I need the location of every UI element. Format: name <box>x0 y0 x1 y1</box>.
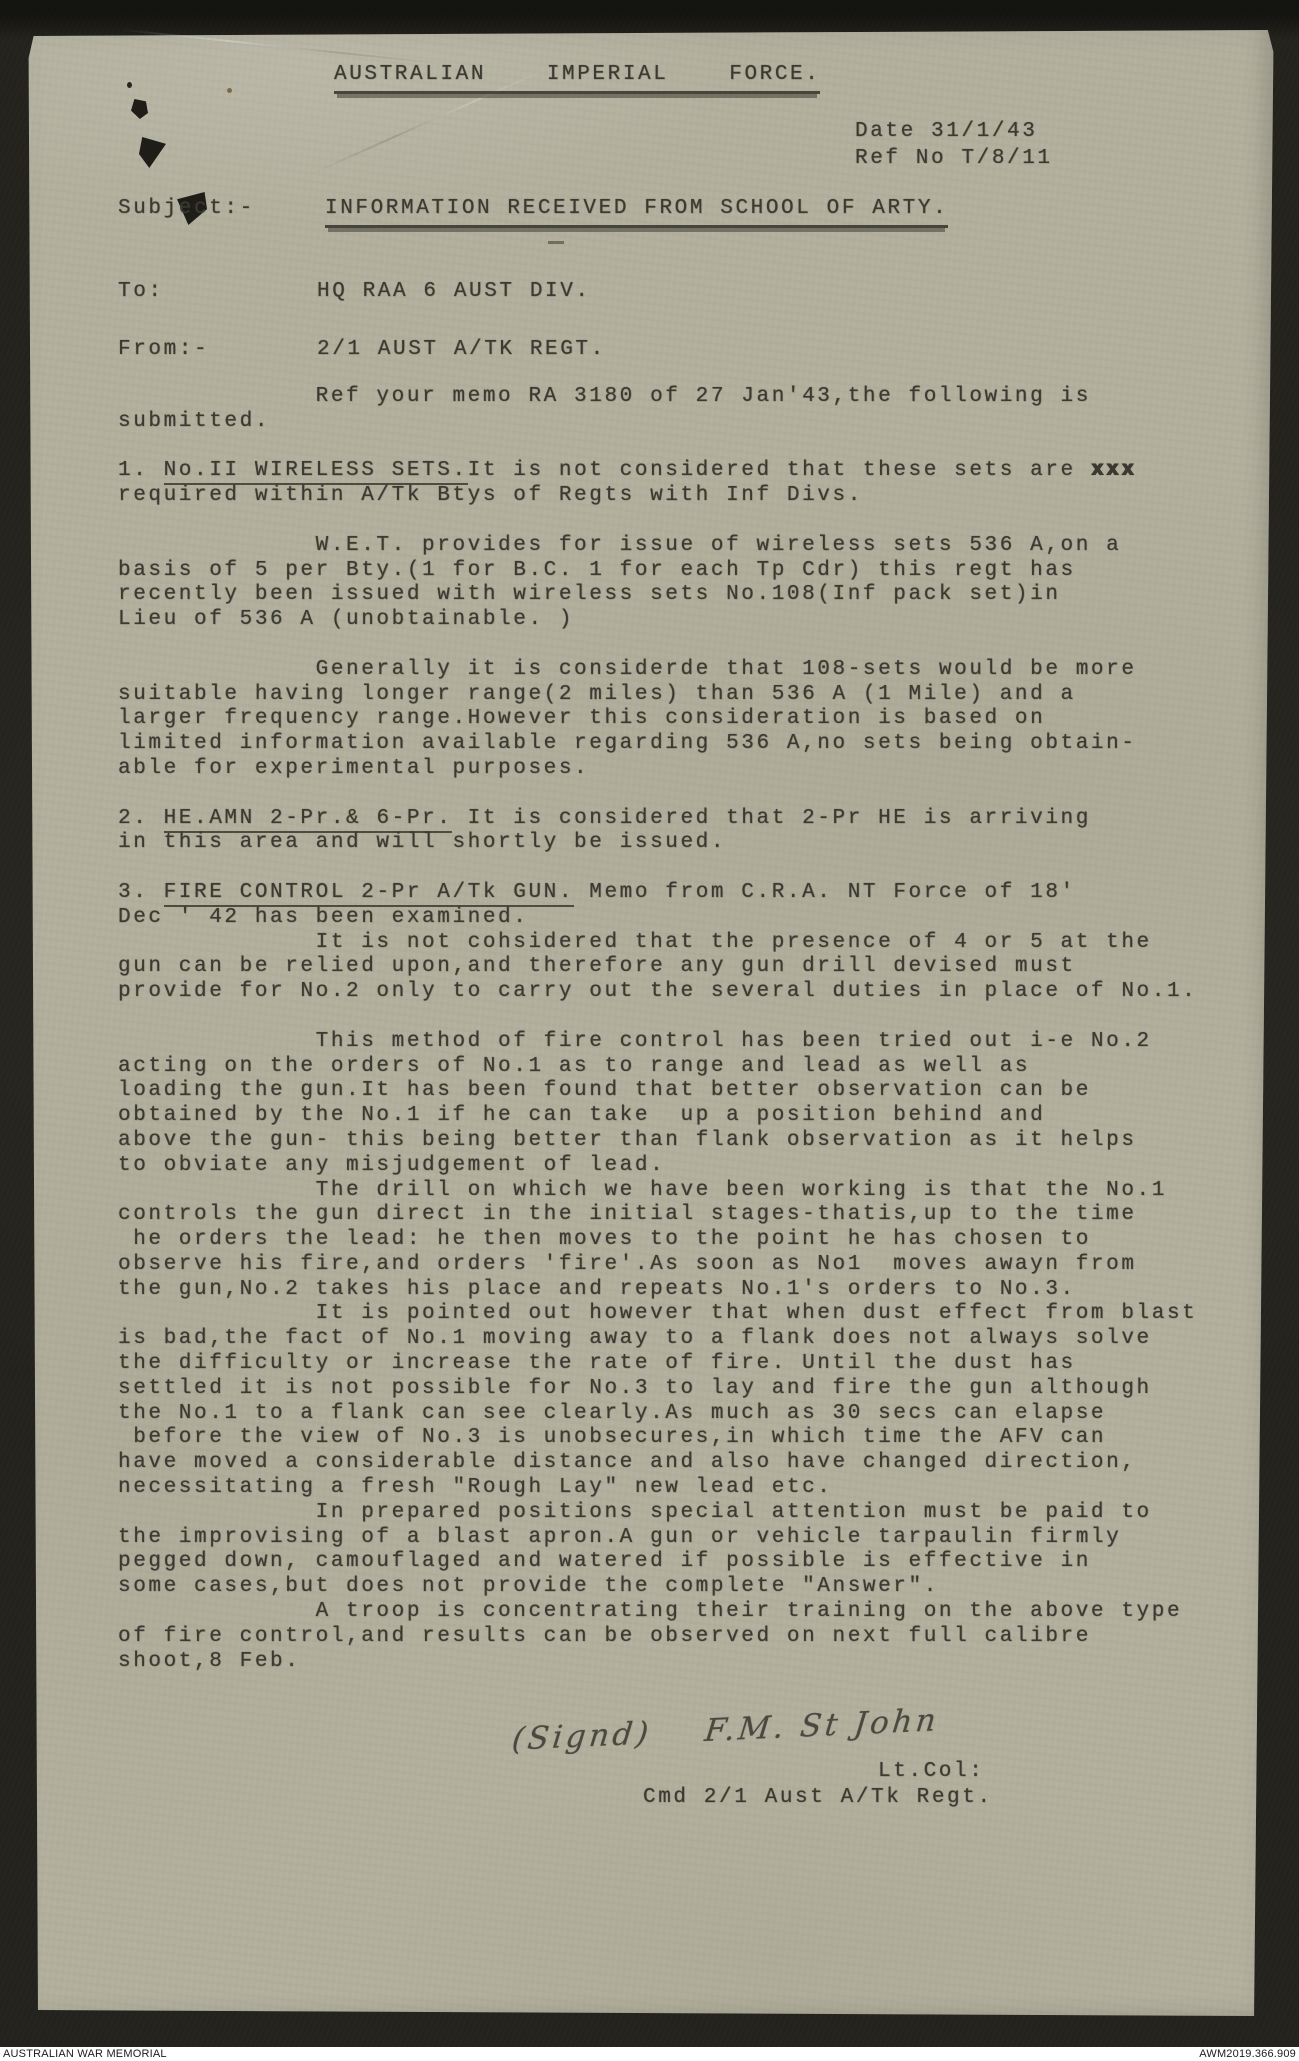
ink-speck <box>127 82 132 88</box>
from-value: 2/1 AUST A/TK REGT. <box>317 338 606 363</box>
force-title: AUSTRALIAN IMPERIAL FORCE. <box>334 63 820 94</box>
archive-footer: AUSTRALIAN WAR MEMORIAL AWM2019.366.909 <box>0 2047 1299 2061</box>
subject-text: INFORMATION RECEIVED FROM SCHOOL OF ARTY… <box>325 197 948 228</box>
from-label: From:- <box>118 338 209 363</box>
date-line: Date 31/1/43 <box>855 120 1037 145</box>
signature-unit: Cmd 2/1 Aust A/Tk Regt. <box>643 1786 993 1811</box>
ref-number-line: Ref No T/8/11 <box>855 147 1053 172</box>
scanned-memo-page: AUSTRALIAN IMPERIAL FORCE. Date 31/1/43 … <box>0 0 1299 2061</box>
body-seg-3: required within A/Tk Btys of Regts with … <box>118 484 1137 829</box>
subject-label: Subject:- <box>118 197 255 222</box>
body-seg-2: It is not considered that these sets are <box>468 459 1091 482</box>
archive-institution: AUSTRALIAN WAR MEMORIAL <box>3 2048 167 2060</box>
overstrike-text: xxx <box>1091 459 1137 482</box>
heading-he-amn: HE.AMN 2-Pr.& 6-Pr. <box>164 807 453 833</box>
to-value: HQ RAA 6 AUST DIV. <box>317 280 591 305</box>
rust-speck <box>227 88 232 93</box>
heading-fire-control: FIRE CONTROL 2-Pr A/Tk GUN. <box>164 881 574 907</box>
body-seg-5: Memo from C.R.A. NT Force of 18' Dec ' 4… <box>118 881 1197 1673</box>
heading-wireless-sets: No.II WIRELESS SETS. <box>164 459 468 485</box>
to-label: To: <box>118 280 164 305</box>
memo-body: Ref your memo RA 3180 of 27 Jan'43,the f… <box>118 385 1197 1674</box>
archive-accession-number: AWM2019.366.909 <box>1199 2048 1296 2060</box>
signature-rank: Lt.Col: <box>878 1760 984 1785</box>
